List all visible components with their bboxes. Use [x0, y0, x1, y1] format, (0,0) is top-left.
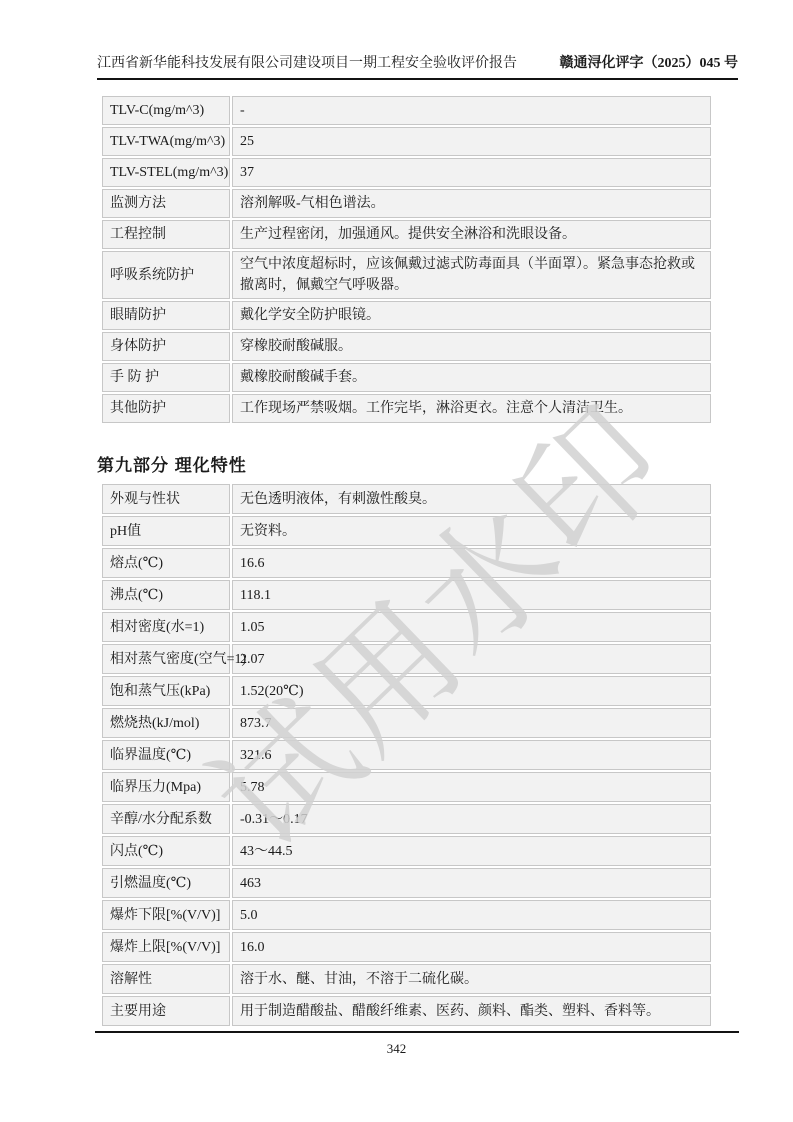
row-value: 生产过程密闭，加强通风。提供安全淋浴和洗眼设备。	[232, 220, 711, 249]
row-label: 闪点(℃)	[102, 836, 230, 866]
row-value: 空气中浓度超标时，应该佩戴过滤式防毒面具（半面罩）。紧急事态抢救或撤离时，佩戴空…	[232, 251, 711, 299]
table-row: TLV-STEL(mg/m^3) 37	[102, 158, 711, 187]
table-row: 监测方法 溶剂解吸-气相色谱法。	[102, 189, 711, 218]
row-label: 外观与性状	[102, 484, 230, 514]
row-value: 25	[232, 127, 711, 156]
row-value: 43～44.5	[232, 836, 711, 866]
row-value: 16.0	[232, 932, 711, 962]
table-row: 相对密度(水=1) 1.05	[102, 612, 711, 642]
row-value: -	[232, 96, 711, 125]
table-row: 外观与性状 无色透明液体，有刺激性酸臭。	[102, 484, 711, 514]
physical-properties-table: 外观与性状 无色透明液体，有刺激性酸臭。 pH值 无资料。 熔点(℃) 16.6…	[100, 482, 713, 1028]
row-label: 工程控制	[102, 220, 230, 249]
row-label: 主要用途	[102, 996, 230, 1026]
header-report-title: 江西省新华能科技发展有限公司建设项目一期工程安全验收评价报告	[97, 56, 517, 73]
table-row: TLV-TWA(mg/m^3) 25	[102, 127, 711, 156]
table-row: 爆炸下限[%(V/V)] 5.0	[102, 900, 711, 930]
table-row: 溶解性 溶于水、醚、甘油，不溶于二硫化碳。	[102, 964, 711, 994]
table-row: 引燃温度(℃) 463	[102, 868, 711, 898]
row-value: 溶剂解吸-气相色谱法。	[232, 189, 711, 218]
table-row: 手 防 护 戴橡胶耐酸碱手套。	[102, 363, 711, 392]
table-row: 燃烧热(kJ/mol) 873.7	[102, 708, 711, 738]
row-value: 用于制造醋酸盐、醋酸纤维素、医药、颜料、酯类、塑料、香料等。	[232, 996, 711, 1026]
row-value: 戴化学安全防护眼镜。	[232, 301, 711, 330]
row-label: 相对密度(水=1)	[102, 612, 230, 642]
row-value: 5.78	[232, 772, 711, 802]
table-row: 爆炸上限[%(V/V)] 16.0	[102, 932, 711, 962]
row-label: 爆炸上限[%(V/V)]	[102, 932, 230, 962]
table-row: 呼吸系统防护 空气中浓度超标时，应该佩戴过滤式防毒面具（半面罩）。紧急事态抢救或…	[102, 251, 711, 299]
table-row: 闪点(℃) 43～44.5	[102, 836, 711, 866]
table-row: 相对蒸气密度(空气=1) 2.07	[102, 644, 711, 674]
row-label: 沸点(℃)	[102, 580, 230, 610]
row-label: 身体防护	[102, 332, 230, 361]
row-value: 1.05	[232, 612, 711, 642]
table-row: 其他防护 工作现场严禁吸烟。工作完毕，淋浴更衣。注意个人清洁卫生。	[102, 394, 711, 423]
table-row: 身体防护 穿橡胶耐酸碱服。	[102, 332, 711, 361]
row-label: 引燃温度(℃)	[102, 868, 230, 898]
row-label: pH值	[102, 516, 230, 546]
row-label: 临界压力(Mpa)	[102, 772, 230, 802]
row-label: TLV-C(mg/m^3)	[102, 96, 230, 125]
row-value: 1.52(20℃)	[232, 676, 711, 706]
header-document-number: 赣通浔化评字（2025）045 号	[560, 56, 739, 73]
row-value: 463	[232, 868, 711, 898]
row-value: 穿橡胶耐酸碱服。	[232, 332, 711, 361]
row-label: 相对蒸气密度(空气=1)	[102, 644, 230, 674]
row-label: TLV-STEL(mg/m^3)	[102, 158, 230, 187]
protection-measures-table: TLV-C(mg/m^3) - TLV-TWA(mg/m^3) 25 TLV-S…	[100, 94, 713, 425]
row-label: TLV-TWA(mg/m^3)	[102, 127, 230, 156]
table-row: 临界温度(℃) 321.6	[102, 740, 711, 770]
row-label: 临界温度(℃)	[102, 740, 230, 770]
row-label: 辛醇/水分配系数	[102, 804, 230, 834]
row-value: 戴橡胶耐酸碱手套。	[232, 363, 711, 392]
page-number: 342	[0, 1041, 793, 1057]
row-label: 爆炸下限[%(V/V)]	[102, 900, 230, 930]
section-title: 第九部分 理化特性	[97, 451, 247, 476]
row-value: 2.07	[232, 644, 711, 674]
table-row: 主要用途 用于制造醋酸盐、醋酸纤维素、医药、颜料、酯类、塑料、香料等。	[102, 996, 711, 1026]
row-value: 无色透明液体，有刺激性酸臭。	[232, 484, 711, 514]
row-label: 其他防护	[102, 394, 230, 423]
table-row: 沸点(℃) 118.1	[102, 580, 711, 610]
row-label: 监测方法	[102, 189, 230, 218]
row-label: 呼吸系统防护	[102, 251, 230, 299]
document-page: 江西省新华能科技发展有限公司建设项目一期工程安全验收评价报告 赣通浔化评字（20…	[0, 0, 793, 1122]
footer-divider	[95, 1031, 739, 1033]
row-value: 16.6	[232, 548, 711, 578]
row-label: 燃烧热(kJ/mol)	[102, 708, 230, 738]
row-value: 873.7	[232, 708, 711, 738]
table-row: TLV-C(mg/m^3) -	[102, 96, 711, 125]
row-label: 手 防 护	[102, 363, 230, 392]
table-row: 熔点(℃) 16.6	[102, 548, 711, 578]
row-value: 5.0	[232, 900, 711, 930]
row-value: 溶于水、醚、甘油，不溶于二硫化碳。	[232, 964, 711, 994]
table-row: pH值 无资料。	[102, 516, 711, 546]
row-value: 工作现场严禁吸烟。工作完毕，淋浴更衣。注意个人清洁卫生。	[232, 394, 711, 423]
row-value: 37	[232, 158, 711, 187]
row-value: -0.31～0.17	[232, 804, 711, 834]
row-value: 无资料。	[232, 516, 711, 546]
row-value: 321.6	[232, 740, 711, 770]
row-label: 溶解性	[102, 964, 230, 994]
table-row: 工程控制 生产过程密闭，加强通风。提供安全淋浴和洗眼设备。	[102, 220, 711, 249]
row-label: 饱和蒸气压(kPa)	[102, 676, 230, 706]
row-label: 眼睛防护	[102, 301, 230, 330]
table-row: 临界压力(Mpa) 5.78	[102, 772, 711, 802]
table-row: 饱和蒸气压(kPa) 1.52(20℃)	[102, 676, 711, 706]
table-row: 眼睛防护 戴化学安全防护眼镜。	[102, 301, 711, 330]
table-row: 辛醇/水分配系数 -0.31～0.17	[102, 804, 711, 834]
row-value: 118.1	[232, 580, 711, 610]
row-label: 熔点(℃)	[102, 548, 230, 578]
page-header: 江西省新华能科技发展有限公司建设项目一期工程安全验收评价报告 赣通浔化评字（20…	[97, 56, 738, 80]
